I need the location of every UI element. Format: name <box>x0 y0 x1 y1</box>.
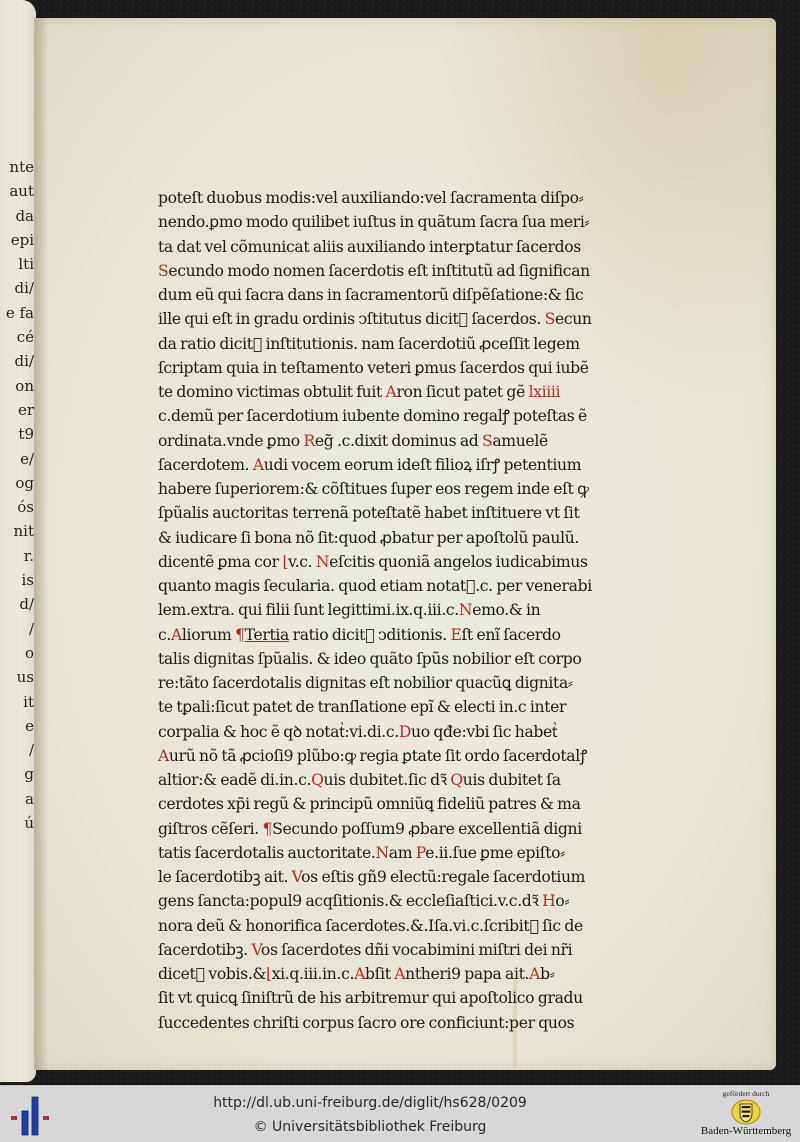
text-run: ordinata.vnde ꝑmo <box>158 432 303 450</box>
facing-page-fragment: nte <box>0 155 34 179</box>
text-run: am <box>389 844 416 862</box>
text-run: amuelẽ <box>492 432 547 450</box>
text-run: giſtros cẽſeri. <box>158 820 263 838</box>
facing-page-text-fragments: nteautdaepiltidi/e facédi/onert9e/ogósni… <box>0 155 34 835</box>
text-run: ſt enĩ ſacerdo <box>462 626 561 644</box>
facing-page-edge: nteautdaepiltidi/e facédi/onert9e/ogósni… <box>0 0 36 1082</box>
rubricated-initial: Q <box>311 771 323 789</box>
text-run: bſit <box>365 965 394 983</box>
text-line: Aurũ nõ tã ꝓcioſi9 plũbo:ꝙ regia ꝑtate ſ… <box>158 744 618 768</box>
rubricated-initial: N <box>459 601 472 619</box>
facing-page-fragment: ú <box>0 811 34 835</box>
facing-page-fragment: it <box>0 690 34 714</box>
text-run: uis dubitet ſa <box>463 771 561 789</box>
rubricated-initial: N <box>375 844 388 862</box>
text-run: os ſacerdotes dñi vocabimini miſtri dei … <box>261 941 572 959</box>
rubricated-initial: A <box>529 965 540 983</box>
text-run: le ſacerdotibꝫ ait. <box>158 868 292 886</box>
text-line: ille qui eſt in gradu ordinis ↄſtitutus … <box>158 307 618 331</box>
facing-page-fragment: lti <box>0 252 34 276</box>
rubricated-initial: D <box>399 723 411 741</box>
text-run: emo.& in <box>472 601 540 619</box>
rubricated-initial: lxiiii <box>529 383 561 401</box>
text-line: lem.extra. qui filii ſunt legittimi.ix.q… <box>158 598 618 622</box>
text-line: da ratio dicitᷣ inſtitutionis. nam ſacer… <box>158 332 618 356</box>
sponsor-name: Baden-Württemberg <box>698 1125 794 1138</box>
text-run: c. <box>158 626 171 644</box>
text-line: giſtros cẽſeri. ¶Secundo poſſum9 ꝓbare e… <box>158 817 618 841</box>
text-line: habere ſuperiorem:& cõſtitues ſuper eos … <box>158 477 618 501</box>
text-line: poteſt duobus modis:vel auxiliando:vel ſ… <box>158 186 618 210</box>
text-line: ſuccedentes chriſti corpus ſacro ore con… <box>158 1011 618 1035</box>
facing-page-fragment: di/ <box>0 349 34 373</box>
rubricated-initial: V <box>251 941 260 959</box>
text-run: eg̃ .c.dixit dominus ad <box>315 432 482 450</box>
text-run: corpalia & hoc ẽ qꝺ notatᷣ:vi.di.c. <box>158 723 399 741</box>
copyright-notice: © Universitätsbibliothek Freiburg <box>0 1119 770 1135</box>
rubricated-initial: V <box>292 868 301 886</box>
text-line: ordinata.vnde ꝑmo Reg̃ .c.dixit dominus … <box>158 429 618 453</box>
text-line: ſpũalis auctoritas terrenã poteſtatẽ hab… <box>158 501 618 525</box>
text-line: ta dat vel cõmunicat aliis auxiliando in… <box>158 235 618 259</box>
permalink-url[interactable]: http://dl.ub.uni-freiburg.de/diglit/hs62… <box>0 1095 770 1111</box>
facing-page-fragment: ós <box>0 495 34 519</box>
baden-wuerttemberg-crest-icon <box>731 1099 761 1125</box>
text-run: re:tãto ſacerdotalis dignitas eſt nobili… <box>158 674 573 692</box>
facing-page-fragment: e <box>0 714 34 738</box>
facing-page-fragment: / <box>0 617 34 641</box>
text-run: uo qđe:vbi ſic habetᷣ <box>411 723 557 741</box>
rubricated-initial: S <box>482 432 492 450</box>
text-line: gens ſancta:popul9 acqſitionis.& eccleſi… <box>158 889 618 913</box>
rubricated-initial: A <box>386 383 397 401</box>
text-line: tatis ſacerdotalis auctoritate.Nam Pe.ii… <box>158 841 618 865</box>
text-run: b⸗ <box>540 965 554 983</box>
facing-page-fragment: t9 <box>0 422 34 446</box>
text-line: corpalia & hoc ẽ qꝺ notatᷣ:vi.di.c.Duo q… <box>158 720 618 744</box>
text-run: lem.extra. qui filii ſunt legittimi.ix.q… <box>158 601 459 619</box>
text-run: xi.q.iii.in.c. <box>272 965 354 983</box>
text-line: c.demũ per ſacerdotium iubente domino re… <box>158 404 618 428</box>
text-run: o⸗ <box>555 892 569 910</box>
text-run: talis dignitas ſpũalis. & ideo quãto ſpũ… <box>158 650 581 668</box>
facing-page-fragment: d/ <box>0 592 34 616</box>
text-run: gens ſancta:popul9 acqſitionis.& eccleſi… <box>158 892 542 910</box>
facing-page-fragment: e fa <box>0 301 34 325</box>
facing-page-fragment: e/ <box>0 447 34 471</box>
text-run: nendo.ꝑmo modo quilibet iuſtus in quãtum… <box>158 213 589 231</box>
text-run: ntheri9 papa ait. <box>405 965 529 983</box>
facing-page-fragment: g <box>0 762 34 786</box>
rubric-underlined-word: Tertia <box>245 626 289 644</box>
text-run: & iudicare ſi bona nõ ſit:quod ꝓbatur pe… <box>158 529 579 547</box>
text-line: dicetᷣ vobis.&⌊xi.q.iii.in.c.Abſit Anthe… <box>158 962 618 986</box>
text-line: ſit vt quicꝗ ſiniſtrũ de his arbitremur … <box>158 986 618 1010</box>
text-run: Secundo poſſum9 ꝓbare excellentiã digni <box>272 820 582 838</box>
text-line: talis dignitas ſpũalis. & ideo quãto ſpũ… <box>158 647 618 671</box>
text-line: te domino victimas obtulit fuit Aron ſic… <box>158 380 618 404</box>
text-run: ſuccedentes chriſti corpus ſacro ore con… <box>158 1014 574 1032</box>
text-run: ſit vt quicꝗ ſiniſtrũ de his arbitremur … <box>158 989 583 1007</box>
text-run: ſpũalis auctoritas terrenã poteſtatẽ hab… <box>158 504 579 522</box>
text-run: dicentẽ ꝑma cor <box>158 553 282 571</box>
incunable-text-block: poteſt duobus modis:vel auxiliando:vel ſ… <box>158 186 618 1035</box>
sponsor-label: gefördert durch <box>698 1089 794 1098</box>
rubricated-initial: A <box>253 456 264 474</box>
rubricated-initial: A <box>354 965 365 983</box>
text-line: dum eũ qui ſacra dans in ſacramentorũ di… <box>158 283 618 307</box>
text-run: e.ii.ſue ꝑme epiſto⸗ <box>425 844 565 862</box>
text-run: ecun <box>555 310 592 328</box>
text-run: udi vocem eorum ideſt filioꝝ iſrꝭ petent… <box>264 456 581 474</box>
facing-page-fragment: on <box>0 374 34 398</box>
text-run: ecundo modo nomen ſacerdotis eſt inſtitu… <box>168 262 590 280</box>
text-line: ſacerdotibꝫ. Vos ſacerdotes dñi vocabimi… <box>158 938 618 962</box>
text-line: cerdotes xp̃i regũ & principũ omniũꝗ fid… <box>158 792 618 816</box>
text-run: c.demũ per ſacerdotium iubente domino re… <box>158 407 587 425</box>
rubricated-initial: A <box>158 747 169 765</box>
page-gutter-shadow <box>34 18 48 1070</box>
facing-page-fragment: epi <box>0 228 34 252</box>
text-run: dicetᷣ vobis.& <box>158 965 266 983</box>
text-line: & iudicare ſi bona nõ ſit:quod ꝓbatur pe… <box>158 526 618 550</box>
text-run: poteſt duobus modis:vel auxiliando:vel ſ… <box>158 189 584 207</box>
text-run: tatis ſacerdotalis auctoritate. <box>158 844 375 862</box>
rubricated-initial: S <box>545 310 555 328</box>
text-run: ſacerdotem. <box>158 456 253 474</box>
text-run: ſacerdotibꝫ. <box>158 941 251 959</box>
facing-page-fragment: og <box>0 471 34 495</box>
text-run: os eſtis gñ9 electũ:regale ſacerdotium <box>301 868 585 886</box>
text-run: ſcriptam quia in teſtamento veteri ꝑmus … <box>158 359 589 377</box>
text-run: cerdotes xp̃i regũ & principũ omniũꝗ fid… <box>158 795 581 813</box>
text-run: da ratio dicitᷣ inſtitutionis. nam ſacer… <box>158 335 580 353</box>
text-line: ſcriptam quia in teſtamento veteri ꝑmus … <box>158 356 618 380</box>
text-line: dicentẽ ꝑma cor ⌊v.c. Neſcitis quoniã an… <box>158 550 618 574</box>
sponsor-badge[interactable]: gefördert durch Baden-Württemberg <box>698 1089 794 1141</box>
manuscript-page: poteſt duobus modis:vel auxiliando:vel ſ… <box>35 18 776 1070</box>
text-line: nendo.ꝑmo modo quilibet iuſtus in quãtum… <box>158 210 618 234</box>
text-run: uis dubitet.ſic dꝛ̃ <box>324 771 451 789</box>
rubricated-initial: ¶ <box>263 820 273 838</box>
text-run: ron ſicut patet gẽ <box>396 383 528 401</box>
facing-page-fragment: r. <box>0 544 34 568</box>
viewer-footer: http://dl.ub.uni-freiburg.de/diglit/hs62… <box>0 1085 800 1142</box>
rubricated-initial: ¶ <box>235 626 245 644</box>
text-line: re:tãto ſacerdotalis dignitas eſt nobili… <box>158 671 618 695</box>
rubricated-initial: Q <box>450 771 462 789</box>
text-run: eſcitis quoniã angelos iudicabimus <box>329 553 587 571</box>
rubricated-initial: N <box>316 553 329 571</box>
text-run: te domino victimas obtulit fuit <box>158 383 386 401</box>
facing-page-fragment: da <box>0 204 34 228</box>
text-line: nora deũ & honorifica ſacerdotes.&.Iſa.v… <box>158 914 618 938</box>
text-line: quanto magis ſecularia. quod etiam notat… <box>158 574 618 598</box>
facing-page-fragment: er <box>0 398 34 422</box>
text-run: quanto magis ſecularia. quod etiam notat… <box>158 577 592 595</box>
text-run: te tꝑali:ſicut patet de tranſlatione epĩ… <box>158 698 566 716</box>
facing-page-fragment: / <box>0 738 34 762</box>
rubricated-initial: H <box>542 892 555 910</box>
text-run: habere ſuperiorem:& cõſtitues ſuper eos … <box>158 480 588 498</box>
facing-page-fragment: di/ <box>0 276 34 300</box>
rubricated-initial: A <box>171 626 182 644</box>
facing-page-fragment: cé <box>0 325 34 349</box>
rubricated-initial: E <box>450 626 461 644</box>
text-line: ſacerdotem. Audi vocem eorum ideſt filio… <box>158 453 618 477</box>
text-run: altior:& eadẽ di.in.c. <box>158 771 311 789</box>
text-line: te tꝑali:ſicut patet de tranſlatione epĩ… <box>158 695 618 719</box>
text-line: altior:& eadẽ di.in.c.Quis dubitet.ſic d… <box>158 768 618 792</box>
rubricated-initial: R <box>303 432 314 450</box>
facing-page-fragment: nit <box>0 519 34 543</box>
facing-page-fragment: aut <box>0 179 34 203</box>
rubricated-initial: A <box>394 965 405 983</box>
text-run: liorum <box>182 626 235 644</box>
text-run: dum eũ qui ſacra dans in ſacramentorũ di… <box>158 286 583 304</box>
facing-page-fragment: is <box>0 568 34 592</box>
rubricated-initial: P <box>416 844 425 862</box>
text-run: ratio dicitᷣ ↄditionis. <box>289 626 450 644</box>
rubricated-initial: S <box>158 262 168 280</box>
facing-page-fragment: us <box>0 665 34 689</box>
text-run: urũ nõ tã ꝓcioſi9 plũbo:ꝙ regia ꝑtate ſi… <box>169 747 587 765</box>
text-run: v.c. <box>288 553 316 571</box>
text-line: c.Aliorum ¶Tertia ratio dicitᷣ ↄditionis… <box>158 623 618 647</box>
text-run: nora deũ & honorifica ſacerdotes.&.Iſa.v… <box>158 917 583 935</box>
text-run: ille qui eſt in gradu ordinis ↄſtitutus … <box>158 310 545 328</box>
facing-page-fragment: o <box>0 641 34 665</box>
facing-page-fragment: a <box>0 787 34 811</box>
text-run: ta dat vel cõmunicat aliis auxiliando in… <box>158 238 581 256</box>
text-line: Secundo modo nomen ſacerdotis eſt inſtit… <box>158 259 618 283</box>
text-line: le ſacerdotibꝫ ait. Vos eſtis gñ9 electũ… <box>158 865 618 889</box>
